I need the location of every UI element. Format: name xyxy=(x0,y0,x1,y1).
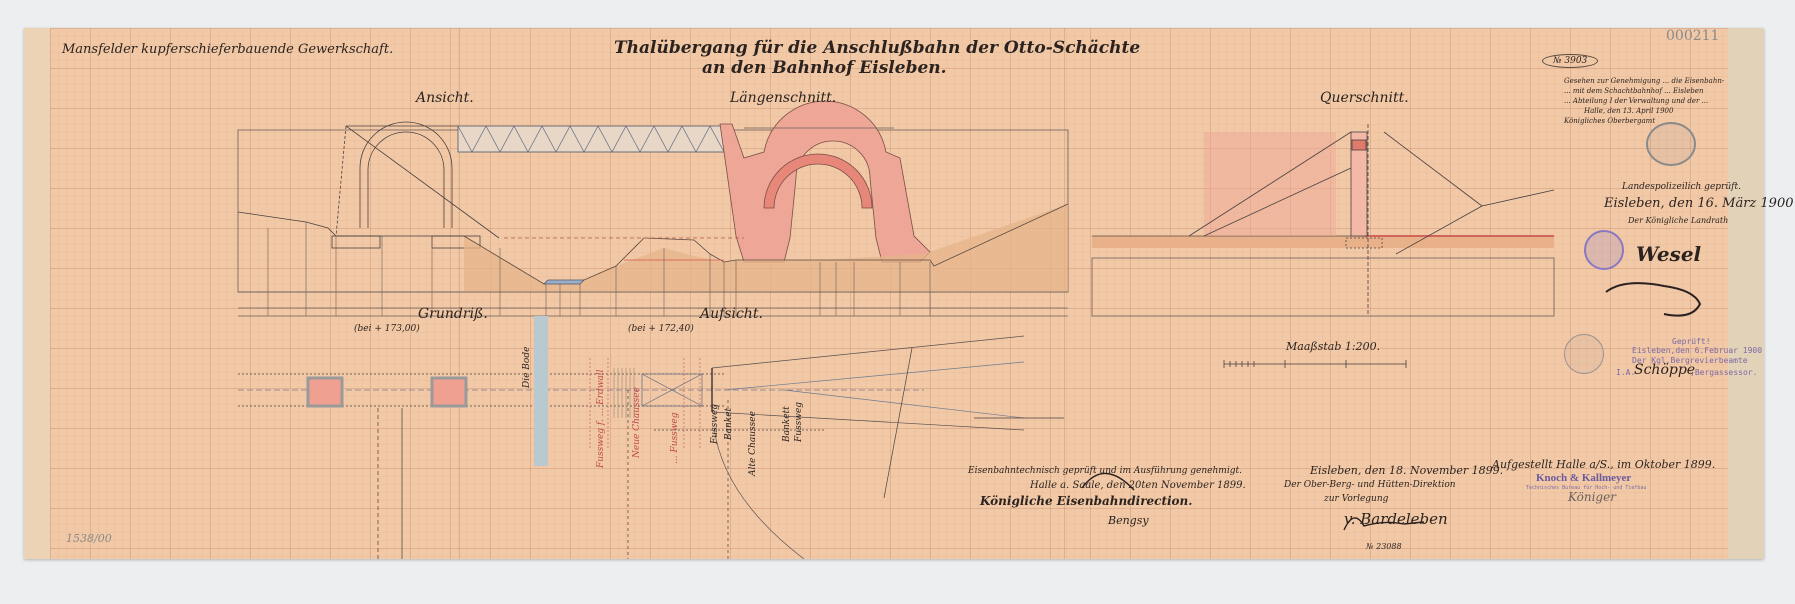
landrat-line-3: Der Königliche Landrath xyxy=(1628,216,1728,225)
bergrevier-title: ,Bergassessor. xyxy=(1690,368,1757,377)
view-laengenschnitt-label: Längenschnitt. xyxy=(730,90,836,106)
elevation-section xyxy=(238,101,1068,316)
bergrevier-seal xyxy=(1564,334,1604,374)
bergrevier-line-4: I.A. xyxy=(1616,368,1635,377)
title-line-1: Thalübergang für die Anschlußbahn der Ot… xyxy=(614,38,1140,58)
eisenbahn-line-2: Halle a. Saale, den 20ten November 1899. xyxy=(1030,480,1246,491)
eisenbahn-signature: Bengsy xyxy=(1108,514,1149,527)
plan-label-bode: Die Bode xyxy=(522,347,532,388)
view-grundriss-label: Grundriß. xyxy=(418,306,488,322)
plan-label-bankett: Bankett xyxy=(782,406,792,442)
scale-bar xyxy=(1224,360,1406,368)
oberbergamt-seal xyxy=(1646,122,1696,166)
approval-text-line: ... mit dem Schachtbahnhof ... Eisleben xyxy=(1564,86,1724,96)
view-aufsicht-label: Aufsicht. xyxy=(700,306,763,322)
landrat-line-1: Landespolizeilich geprüft. xyxy=(1622,182,1741,192)
prepared-by-signature: Königer xyxy=(1568,490,1616,504)
plan-view xyxy=(238,316,1064,559)
approval-text-line: Gesehen zur Genehmigung ... die Eisenbah… xyxy=(1564,76,1724,86)
approval-authority: Königliches Oberbergamt xyxy=(1564,116,1724,126)
oberberg-number: № 23088 xyxy=(1366,542,1402,551)
aufsicht-elevation-note: (bei + 172,40) xyxy=(628,324,694,334)
inventory-number: 1538/00 xyxy=(66,532,112,545)
cross-section xyxy=(1092,124,1554,316)
bergrevier-line-2: Eisleben,den 6.Februar 1900 xyxy=(1632,346,1762,355)
eisenbahn-line-1: Eisenbahntechnisch geprüft und im Ausfüh… xyxy=(968,466,1242,476)
approval-ref-number: № 3903 xyxy=(1542,54,1598,68)
scale-label: Maaßstab 1:200. xyxy=(1286,340,1380,353)
view-querschnitt-label: Querschnitt. xyxy=(1320,90,1409,106)
engineering-drawing xyxy=(24,28,1764,559)
plan-label-red-1: Fussweg f. ... Erdwall xyxy=(596,369,606,468)
firm-stamp: Knoch & Kallmeyer xyxy=(1536,472,1631,484)
oberberg-line-1: Eisleben, den 18. November 1899. xyxy=(1310,464,1503,477)
approval-text-line: ... Abteilung I der Verwaltung und der .… xyxy=(1564,96,1724,106)
plan-label-alte-chaussee: Alte Chaussee xyxy=(748,411,758,476)
plan-label-banket: Banket xyxy=(724,408,734,440)
landrat-line-2: Eisleben, den 16. März 1900 xyxy=(1604,196,1794,211)
oberbergamt-approval-text: Gesehen zur Genehmigung ... die Eisenbah… xyxy=(1564,76,1724,126)
grundriss-elevation-note: (bei + 173,00) xyxy=(354,324,420,334)
plan-label-fussweg-1: Fussweg xyxy=(710,404,720,444)
archive-number: 000211 xyxy=(1666,28,1719,44)
company-name: Mansfelder kupferschieferbauende Gewerks… xyxy=(62,42,393,57)
oberberg-signature: v. Bardeleben xyxy=(1344,510,1448,528)
plan-label-fussweg-2: Fussweg xyxy=(794,402,804,442)
landrat-signature: Wesel xyxy=(1636,242,1701,266)
plan-label-red-3: ... Fussweg xyxy=(670,412,680,464)
landrat-seal xyxy=(1584,230,1624,270)
prepared-by-line: Aufgestellt Halle a/S., im Oktober 1899. xyxy=(1492,458,1715,471)
view-ansicht-label: Ansicht. xyxy=(416,90,474,106)
title-line-2: an den Bahnhof Eisleben. xyxy=(702,58,947,78)
bergrevier-line-1: Geprüft! xyxy=(1672,337,1711,346)
drawing-sheet: Mansfelder kupferschieferbauende Gewerks… xyxy=(24,28,1764,559)
plan-label-neue-chaussee: Neue Chaussee xyxy=(632,387,642,458)
eisenbahn-line-3: Königliche Eisenbahndirection. xyxy=(980,494,1192,508)
approval-date: Halle, den 13. April 1900 xyxy=(1564,106,1724,116)
oberberg-line-2: Der Ober-Berg- und Hütten-Direktion xyxy=(1284,480,1456,490)
bergrevier-signature: Schöppe xyxy=(1634,362,1695,378)
oberberg-line-3: zur Vorlegung xyxy=(1324,494,1388,504)
